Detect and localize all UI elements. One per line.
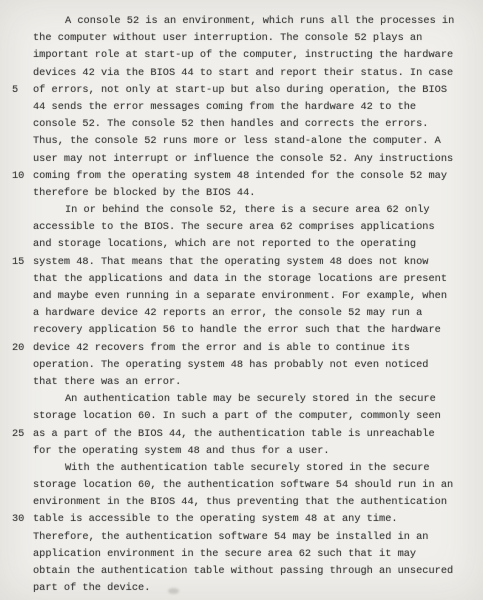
document-line: storage location 60, the authentication … xyxy=(0,477,483,494)
line-text: coming from the operating system 48 inte… xyxy=(33,168,447,185)
document-line: 10coming from the operating system 48 in… xyxy=(0,168,483,185)
line-text: environment in the BIOS 44, thus prevent… xyxy=(33,494,447,511)
line-text: storage location 60, the authentication … xyxy=(33,477,453,494)
document-line: and maybe even running in a separate env… xyxy=(0,288,483,305)
document-line: 5of errors, not only at start-up but als… xyxy=(0,82,483,99)
line-text: system 48. That means that the operating… xyxy=(33,254,428,271)
document-line: Thus, the console 52 runs more or less s… xyxy=(0,133,483,150)
line-text: of errors, not only at start-up but also… xyxy=(33,82,447,99)
line-text: device 42 recovers from the error and is… xyxy=(33,340,410,357)
line-text: recovery application 56 to handle the er… xyxy=(33,322,441,339)
line-text: user may not interrupt or influence the … xyxy=(33,151,453,168)
line-text: A console 52 is an environment, which ru… xyxy=(33,13,454,30)
line-number: 25 xyxy=(12,426,24,443)
line-text: Thus, the console 52 runs more or less s… xyxy=(33,133,441,150)
document-line: important role at start-up of the comput… xyxy=(0,47,483,64)
document-line: for the operating system 48 and thus for… xyxy=(0,443,483,460)
document-line: devices 42 via the BIOS 44 to start and … xyxy=(0,65,483,82)
document-line: console 52. The console 52 then handles … xyxy=(0,116,483,133)
line-text: that the applications and data in the st… xyxy=(33,271,447,288)
line-text: table is accessible to the operating sys… xyxy=(33,511,398,528)
line-number: 20 xyxy=(12,340,24,357)
document-line: 30table is accessible to the operating s… xyxy=(0,511,483,528)
line-text: storage location 60. In such a part of t… xyxy=(33,408,441,425)
document-line: With the authentication table securely s… xyxy=(0,460,483,477)
document-line: environment in the BIOS 44, thus prevent… xyxy=(0,494,483,511)
document-line: user may not interrupt or influence the … xyxy=(0,151,483,168)
line-text: a hardware device 42 reports an error, t… xyxy=(33,305,422,322)
line-text: and storage locations, which are not rep… xyxy=(33,236,416,253)
line-text: accessible to the BIOS. The secure area … xyxy=(33,219,435,236)
line-text: for the operating system 48 and thus for… xyxy=(33,443,330,460)
document-line: A console 52 is an environment, which ru… xyxy=(0,13,483,30)
line-text: obtain the authentication table without … xyxy=(33,563,453,580)
scan-smudge xyxy=(168,588,179,594)
line-number: 10 xyxy=(12,168,24,185)
line-text: important role at start-up of the comput… xyxy=(33,47,453,64)
document-body: A console 52 is an environment, which ru… xyxy=(0,13,483,597)
line-text: Therefore, the authentication software 5… xyxy=(33,529,428,546)
document-line: and storage locations, which are not rep… xyxy=(0,236,483,253)
document-line: An authentication table may be securely … xyxy=(0,391,483,408)
document-line: 25as a part of the BIOS 44, the authenti… xyxy=(0,426,483,443)
line-text: 44 sends the error messages coming from … xyxy=(33,99,416,116)
document-line: storage location 60. In such a part of t… xyxy=(0,408,483,425)
document-line: 44 sends the error messages coming from … xyxy=(0,99,483,116)
line-text: With the authentication table securely s… xyxy=(33,460,430,477)
document-line: the computer without user interruption. … xyxy=(0,30,483,47)
document-line: accessible to the BIOS. The secure area … xyxy=(0,219,483,236)
line-number: 15 xyxy=(12,254,24,271)
document-line: recovery application 56 to handle the er… xyxy=(0,322,483,339)
line-text: application environment in the secure ar… xyxy=(33,546,416,563)
document-line: 15system 48. That means that the operati… xyxy=(0,254,483,271)
line-text: operation. The operating system 48 has p… xyxy=(33,357,428,374)
document-line: In or behind the console 52, there is a … xyxy=(0,202,483,219)
line-text: part of the device. xyxy=(33,580,150,597)
document-line: part of the device. xyxy=(0,580,483,597)
line-number: 5 xyxy=(12,82,18,99)
document-line: that the applications and data in the st… xyxy=(0,271,483,288)
scanned-document-page: A console 52 is an environment, which ru… xyxy=(0,0,483,600)
line-text: An authentication table may be securely … xyxy=(33,391,436,408)
line-text: In or behind the console 52, there is a … xyxy=(33,202,430,219)
document-line: Therefore, the authentication software 5… xyxy=(0,529,483,546)
line-text: devices 42 via the BIOS 44 to start and … xyxy=(33,65,453,82)
line-number: 30 xyxy=(12,511,24,528)
document-line: obtain the authentication table without … xyxy=(0,563,483,580)
document-line: operation. The operating system 48 has p… xyxy=(0,357,483,374)
document-line: therefore be blocked by the BIOS 44. xyxy=(0,185,483,202)
line-text: console 52. The console 52 then handles … xyxy=(33,116,428,133)
line-text: as a part of the BIOS 44, the authentica… xyxy=(33,426,435,443)
line-text: that there was an error. xyxy=(33,374,181,391)
document-line: application environment in the secure ar… xyxy=(0,546,483,563)
document-line: a hardware device 42 reports an error, t… xyxy=(0,305,483,322)
document-line: 20device 42 recovers from the error and … xyxy=(0,340,483,357)
document-line: that there was an error. xyxy=(0,374,483,391)
line-text: therefore be blocked by the BIOS 44. xyxy=(33,185,255,202)
line-text: the computer without user interruption. … xyxy=(33,30,422,47)
line-text: and maybe even running in a separate env… xyxy=(33,288,447,305)
